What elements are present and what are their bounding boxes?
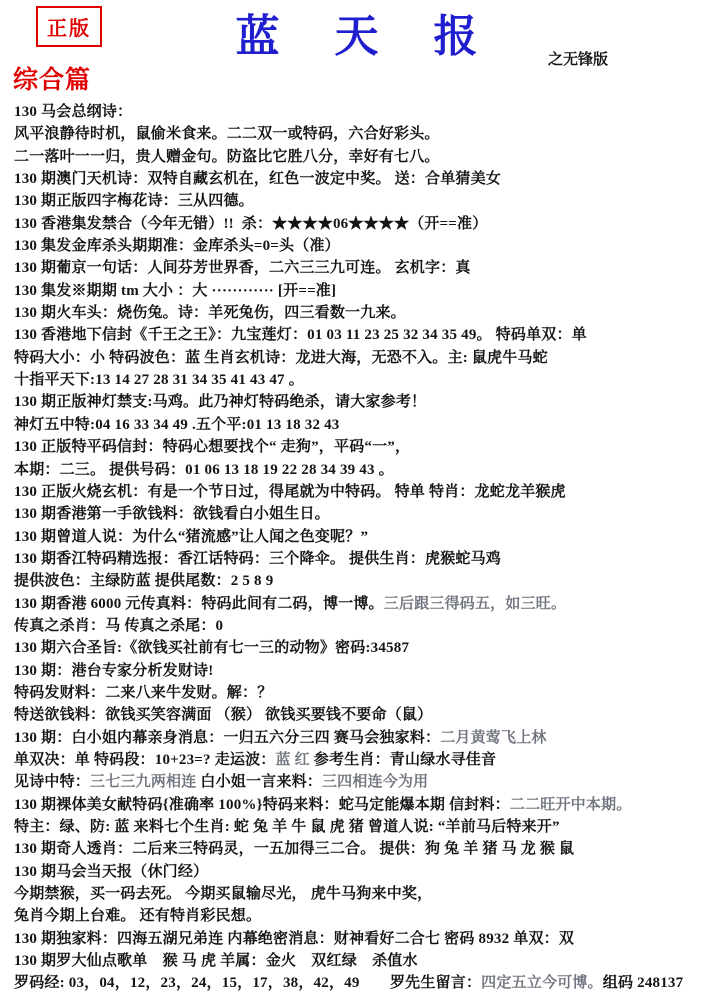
line-segment: 130 集发金库杀头期期准：金库杀头=0=头（准） (14, 238, 340, 254)
line-segment: 见诗中特： (14, 774, 90, 790)
line-segment: 三后跟三得码五，如三旺。 (384, 596, 566, 612)
report-line: 特码大小：小 特码波色：蓝 生肖玄机诗：龙进大海，无恐不入。主: 鼠虎牛马蛇 (14, 347, 707, 369)
line-segment: 白小姐一言来料： (196, 774, 322, 790)
line-segment: 特码发财料：二来八来牛发财。解：？ (14, 685, 272, 701)
line-segment: 130 香港集发禁合（今年无错）!! 杀：★★★★06★★★★（开==准） (14, 216, 487, 232)
edition-label: 之无锋版 (548, 48, 608, 69)
report-line: 罗码经: 03，04，12，23，24，15，17，38，42，49 罗先生留言… (14, 972, 707, 994)
report-line: 130 期六合圣旨:《欲钱买社前有七一三的动物》密码:34587 (14, 637, 707, 659)
line-segment: 130 期马会当天报（休门经） (14, 864, 208, 880)
line-segment: 130 期裸体美女献特码{准确率 100%}特码来料：蛇马定能爆本期 信封料： (14, 797, 510, 813)
report-line: 130 期香港第一手欲钱料：欲钱看白小姐生日。 (14, 503, 707, 525)
line-segment: 130 期香港 6000 元传真料：特码此间有二码，博一博。 (14, 596, 384, 612)
line-segment: 兔肖今期上台难。 还有特肖彩民想。 (14, 908, 261, 924)
line-segment: 130 集发※期期 tm 大小 ：大 ············ [开==准] (14, 283, 336, 299)
report-line: 130 集发※期期 tm 大小 ：大 ············ [开==准] (14, 280, 707, 302)
line-segment: 130 期葡京一句话：人间芬芳世界香，二六三三九可连。 玄机字：真 (14, 260, 471, 276)
line-segment: 提供波色：主绿防蓝 提供尾数：2 5 8 9 (14, 573, 273, 589)
line-segment: 130 正版火烧玄机：有是一个节日过，得尾就为中特码。 特单 特肖：龙蛇龙羊猴虎 (14, 484, 566, 500)
line-segment: 四定五立今可博。 (481, 975, 603, 991)
report-line: 130 期香江特码精选报：香江话特码：三个降伞。 提供生肖：虎猴蛇马鸡 (14, 548, 707, 570)
line-segment: 十指平天下:13 14 27 28 31 34 35 41 43 47 。 (14, 372, 304, 388)
line-segment: 罗码经: 03，04，12，23，24，15，17，38，42，49 (14, 975, 390, 991)
report-line: 130 集发金库杀头期期准：金库杀头=0=头（准） (14, 235, 707, 257)
line-segment: 130 期火车头：烧伤兔。诗：羊死兔伤，四三看数一九来。 (14, 305, 406, 321)
report-line: 提供波色：主绿防蓝 提供尾数：2 5 8 9 (14, 570, 707, 592)
line-segment: 130 马会总纲诗： (14, 104, 132, 120)
report-line: 130 期香港 6000 元传真料：特码此间有二码，博一博。三后跟三得码五，如三… (14, 593, 707, 615)
line-segment: 罗先生留言： (390, 975, 481, 991)
report-line: 本期：二三。 提供号码：01 06 13 18 19 22 28 34 39 4… (14, 459, 707, 481)
line-segment: 风平浪静待时机，鼠偷米食来。二二双一或特码，六合好彩头。 (14, 126, 440, 142)
line-segment: 130 期正版神灯禁支:马鸡。此乃神灯特码绝杀，请大家参考！ (14, 394, 426, 410)
report-body: 130 马会总纲诗：风平浪静待时机，鼠偷米食来。二二双一或特码，六合好彩头。二一… (14, 101, 707, 995)
line-segment: 特主：绿、防: 蓝 来料七个生肖: 蛇 兔 羊 牛 鼠 虎 猪 曾道人说: “羊… (14, 819, 560, 835)
line-segment: 130 期罗大仙点歌单 猴 马 虎 羊属：金火 双红绿 杀值水 (14, 953, 418, 969)
report-line: 神灯五中特:04 16 33 34 49 .五个平:01 13 18 32 43 (14, 414, 707, 436)
report-line: 130 马会总纲诗： (14, 101, 707, 123)
line-segment: 130 期澳门天机诗：双特自藏玄机在，红色一波定中奖。 送：合单猜美女 (14, 171, 501, 187)
report-line: 130 期：港台专家分析发财诗! (14, 660, 707, 682)
report-line: 特码发财料：二来八来牛发财。解：？ (14, 682, 707, 704)
line-segment: 130 期：港台专家分析发财诗! (14, 663, 213, 679)
report-line: 130 期正版神灯禁支:马鸡。此乃神灯特码绝杀，请大家参考！ (14, 391, 707, 413)
line-segment: 蓝 红 (276, 752, 310, 768)
report-line: 特送欲钱料：欲钱买笑容满面 （猴） 欲钱买要钱不要命（鼠） (14, 704, 707, 726)
line-segment: 特码大小：小 特码波色：蓝 生肖玄机诗：龙进大海，无恐不入。主: 鼠虎牛马蛇 (14, 350, 548, 366)
report-line: 130 期裸体美女献特码{准确率 100%}特码来料：蛇马定能爆本期 信封料：二… (14, 794, 707, 816)
report-line: 今期禁猴，买一码去死。 今期买鼠输尽光， 虎牛马狗来中奖， (14, 883, 707, 905)
line-segment: 130 期香港第一手欲钱料：欲钱看白小姐生日。 (14, 506, 330, 522)
report-line: 130 期澳门天机诗：双特自藏玄机在，红色一波定中奖。 送：合单猜美女 (14, 168, 707, 190)
line-segment: 传真之杀肖：马 传真之杀尾：0 (14, 618, 223, 634)
report-line: 十指平天下:13 14 27 28 31 34 35 41 43 47 。 (14, 369, 707, 391)
report-line: 单双决：单 特码段：10+23=? 走运波：蓝 红 参考生肖：青山绿水寻佳音 (14, 749, 707, 771)
report-line: 风平浪静待时机，鼠偷米食来。二二双一或特码，六合好彩头。 (14, 123, 707, 145)
line-segment: 二月黄莺飞上林 (440, 730, 546, 746)
report-line: 二一落叶一一归，贵人赠金句。防盗比它胜八分，幸好有七八。 (14, 146, 707, 168)
line-segment: 参考生肖：青山绿水寻佳音 (310, 752, 496, 768)
line-segment: 单双决：单 特码段：10+23=? 走运波： (14, 752, 276, 768)
report-line: 130 正版火烧玄机：有是一个节日过，得尾就为中特码。 特单 特肖：龙蛇龙羊猴虎 (14, 481, 707, 503)
line-segment: 130 香港地下信封《千王之王》：九宝莲灯：01 03 11 23 25 32 … (14, 327, 587, 343)
report-line: 传真之杀肖：马 传真之杀尾：0 (14, 615, 707, 637)
line-segment: 特送欲钱料：欲钱买笑容满面 （猴） 欲钱买要钱不要命（鼠） (14, 707, 432, 723)
line-segment: 130 期正版四字梅花诗：三从四德。 (14, 193, 254, 209)
line-segment: 130 期：白小姐内幕亲身消息：一归五六分三四 赛马会独家料： (14, 730, 440, 746)
report-line: 兔肖今期上台难。 还有特肖彩民想。 (14, 905, 707, 927)
line-segment: 130 正版特平码信封：特码心想要找个“ 走狗”，平码“一”， (14, 439, 410, 455)
line-segment: 130 期奇人透肖：二后来三特码灵，一五加得三二合。 提供：狗 兔 羊 猪 马 … (14, 841, 574, 857)
line-segment: 130 期曾道人说：为什么“猪流感”让人闻之色变呢？” (14, 529, 368, 545)
section-heading: 综合篇 (13, 60, 91, 96)
report-line: 130 香港集发禁合（今年无错）!! 杀：★★★★06★★★★（开==准） (14, 213, 707, 235)
line-segment: 三七三九两相连 (90, 774, 196, 790)
line-segment: 本期：二三。 提供号码：01 06 13 18 19 22 28 34 39 4… (14, 462, 394, 478)
line-segment: 今期禁猴，买一码去死。 今期买鼠输尽光， 虎牛马狗来中奖， (14, 886, 432, 902)
report-line: 130 期正版四字梅花诗：三从四德。 (14, 190, 707, 212)
line-segment: 二二旺开中本期。 (510, 797, 632, 813)
report-line: 130 期罗大仙点歌单 猴 马 虎 羊属：金火 双红绿 杀值水 (14, 950, 707, 972)
report-line: 见诗中特：三七三九两相连 白小姐一言来料：三四相连今为用 (14, 771, 707, 793)
report-line: 130 正版特平码信封：特码心想要找个“ 走狗”，平码“一”， (14, 436, 707, 458)
report-line: 130 期曾道人说：为什么“猪流感”让人闻之色变呢？” (14, 526, 707, 548)
report-line: 130 期马会当天报（休门经） (14, 861, 707, 883)
line-segment: 神灯五中特:04 16 33 34 49 .五个平:01 13 18 32 43 (14, 417, 340, 433)
report-line: 130 期火车头：烧伤兔。诗：羊死兔伤，四三看数一九来。 (14, 302, 707, 324)
report-line: 130 香港地下信封《千王之王》：九宝莲灯：01 03 11 23 25 32 … (14, 324, 707, 346)
report-line: 130 期：白小姐内幕亲身消息：一归五六分三四 赛马会独家料：二月黄莺飞上林 (14, 727, 707, 749)
line-segment: 三四相连今为用 (322, 774, 428, 790)
report-line: 130 期葡京一句话：人间芬芳世界香，二六三三九可连。 玄机字：真 (14, 257, 707, 279)
report-line: 130 期奇人透肖：二后来三特码灵，一五加得三二合。 提供：狗 兔 羊 猪 马 … (14, 838, 707, 860)
report-line: 特主：绿、防: 蓝 来料七个生肖: 蛇 兔 羊 牛 鼠 虎 猪 曾道人说: “羊… (14, 816, 707, 838)
line-segment: 130 期香江特码精选报：香江话特码：三个降伞。 提供生肖：虎猴蛇马鸡 (14, 551, 501, 567)
line-segment: 组码 248137 (603, 975, 684, 991)
line-segment: 130 期独家料：四海五湖兄弟连 内幕绝密消息：财神看好二合七 密码 8932 … (14, 931, 574, 947)
line-segment: 二一落叶一一归，贵人赠金句。防盗比它胜八分，幸好有七八。 (14, 149, 440, 165)
report-line: 130 期独家料：四海五湖兄弟连 内幕绝密消息：财神看好二合七 密码 8932 … (14, 928, 707, 950)
line-segment: 130 期六合圣旨:《欲钱买社前有七一三的动物》密码:34587 (14, 640, 409, 656)
